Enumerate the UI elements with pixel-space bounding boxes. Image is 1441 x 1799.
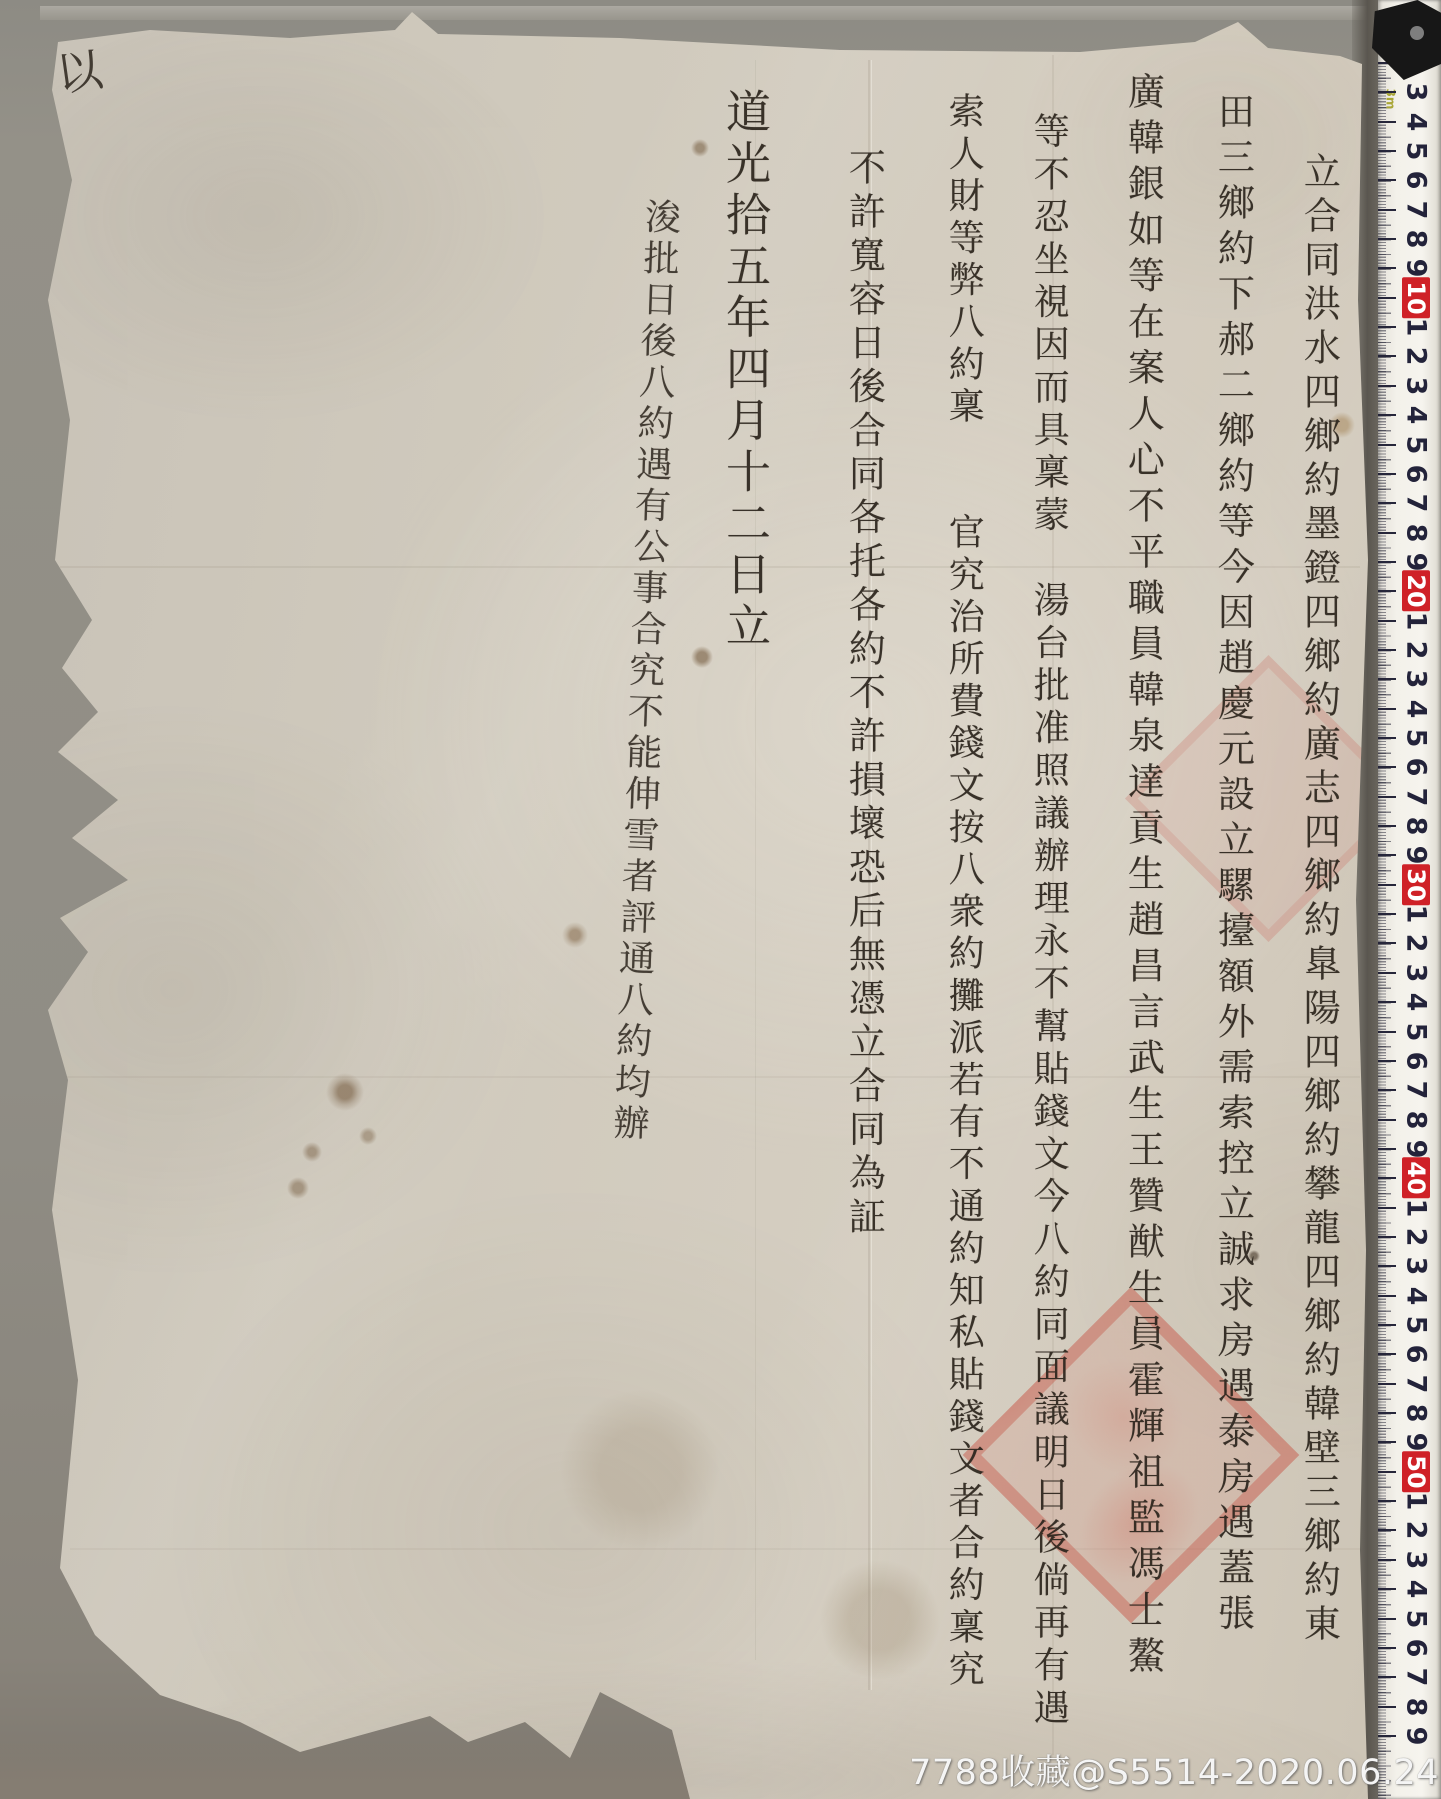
- tape-cm-tick: [1378, 649, 1396, 651]
- tape-number: 8: [1401, 1404, 1432, 1423]
- tape-number: 7: [1401, 787, 1432, 806]
- tape-cm-mark: 1: [1378, 312, 1441, 341]
- tape-cm-mark: 6: [1378, 1340, 1441, 1369]
- tape-cm-tick: [1378, 1383, 1396, 1385]
- tape-number: 2: [1401, 1228, 1432, 1247]
- tape-cm-tick: [1378, 678, 1396, 680]
- tape-cm-mark: 7: [1378, 489, 1441, 518]
- tape-number: 5: [1401, 435, 1432, 454]
- tape-number: 6: [1401, 1051, 1432, 1070]
- watermark: 7788收藏@S5514-2020.06.24: [909, 1745, 1439, 1795]
- tape-number: 2: [1401, 1521, 1432, 1540]
- tape-cm-mark: 8: [1378, 1105, 1441, 1134]
- tape-number: 1: [1401, 611, 1432, 630]
- tape-number: 4: [1401, 1286, 1432, 1305]
- tape-cm-tick: [1378, 1647, 1396, 1649]
- tape-number: 4: [1401, 993, 1432, 1012]
- tape-cm-tick: [1378, 620, 1396, 622]
- tape-cm-tick: [1378, 385, 1396, 387]
- tape-cm-tick: [1378, 854, 1396, 856]
- tape-cm-mark: 50: [1378, 1457, 1441, 1486]
- tape-cm-mark: 7: [1378, 195, 1441, 224]
- corner-mark: 以: [52, 33, 107, 105]
- tape-number: 9: [1401, 1140, 1432, 1159]
- tape-cm-tick: [1378, 121, 1396, 123]
- tape-number: 9: [1401, 259, 1432, 278]
- tape-number: 7: [1401, 1668, 1432, 1687]
- manuscript-column-2: 田三鄉約下郝二鄉約等今因趙慶元設立騾擡額外需索控立誠求房遇泰房遇蓋張: [1210, 92, 1254, 1672]
- tape-cm-tick: [1378, 884, 1396, 886]
- tape-cm-tick: [1378, 1148, 1396, 1150]
- tape-number: 1: [1401, 318, 1432, 337]
- tape-cm-mark: 1: [1378, 606, 1441, 635]
- tape-cm-mark: 3: [1378, 665, 1441, 694]
- manuscript-column-1: 立合同洪水四鄉約墨鐙四鄉約廣志四鄉約臯陽四鄉約攀龍四鄉約韓壁三鄉約東: [1296, 152, 1340, 1692]
- tape-cm-tick: [1378, 1265, 1396, 1267]
- tape-cm-tick: [1378, 766, 1396, 768]
- manuscript-column-6: 不許寬容日後合同各托各約不許損壞恐后無憑立合同為証: [841, 148, 885, 1308]
- tape-number: 5: [1401, 1022, 1432, 1041]
- tape-number: 4: [1401, 112, 1432, 131]
- tape-cm-tick: [1378, 414, 1396, 416]
- tape-number: 9: [1401, 1433, 1432, 1452]
- tape-number: 3: [1401, 1550, 1432, 1569]
- tape-cm-tick: [1378, 796, 1396, 798]
- tape-number: 7: [1401, 1374, 1432, 1393]
- tape-cm-tick: [1378, 590, 1396, 592]
- tape-number: 9: [1401, 1727, 1432, 1746]
- tape-cm-tick: [1378, 1119, 1396, 1121]
- tape-number: 6: [1401, 1638, 1432, 1657]
- tape-cm-tick: [1378, 1060, 1396, 1062]
- tape-cm-tick: [1378, 1735, 1396, 1737]
- tape-cm-tick: [1378, 1324, 1396, 1326]
- tape-number: 7: [1401, 1081, 1432, 1100]
- tape-cm-tick: [1378, 1500, 1396, 1502]
- plastic-sleeve-edge: [40, 6, 1370, 20]
- tape-cm-mark: 4: [1378, 1575, 1441, 1604]
- tape-cm-mark: 3: [1378, 1252, 1441, 1281]
- tape-cm-mark: 6: [1378, 1046, 1441, 1075]
- tape-cm-tick: [1378, 444, 1396, 446]
- tape-cm-tick: [1378, 972, 1396, 974]
- tape-number: 9: [1401, 846, 1432, 865]
- tape-cm-tick: [1378, 1001, 1396, 1003]
- tape-cm-tick: [1378, 1618, 1396, 1620]
- tape-number: 6: [1401, 758, 1432, 777]
- tape-cm-mark: 8: [1378, 1692, 1441, 1721]
- tape-cm-tick: [1378, 1412, 1396, 1414]
- tape-cm-mark: 5: [1378, 136, 1441, 165]
- tape-number: 5: [1401, 1316, 1432, 1335]
- tape-number: 8: [1401, 523, 1432, 542]
- tape-cm-mark: 8: [1378, 518, 1441, 547]
- tape-number: 4: [1401, 1580, 1432, 1599]
- tape-number: 2: [1401, 641, 1432, 660]
- tape-cm-mark: 6: [1378, 166, 1441, 195]
- tape-cm-tick: [1378, 1559, 1396, 1561]
- tape-number: 3: [1401, 670, 1432, 689]
- tape-cm-tick: [1378, 1441, 1396, 1443]
- tape-cm-mark: 4: [1378, 988, 1441, 1017]
- tape-cm-mark: 2: [1378, 929, 1441, 958]
- tape-number: 8: [1401, 230, 1432, 249]
- manuscript-paper: 立合同洪水四鄉約墨鐙四鄉約廣志四鄉約臯陽四鄉約攀龍四鄉約韓壁三鄉約東 田三鄉約下…: [0, 0, 1441, 1799]
- tape-cm-mark: 2: [1378, 1516, 1441, 1545]
- tape-cm-mark: 1: [1378, 1193, 1441, 1222]
- tape-number: 3: [1401, 83, 1432, 102]
- manuscript-column-date: 道光拾五年四月十二日立: [717, 88, 771, 678]
- tape-cm-tick: [1378, 473, 1396, 475]
- tape-measure: 3m 2345678910123456789201234567893012345…: [1378, 0, 1441, 1799]
- tape-number: 7: [1401, 494, 1432, 513]
- tape-cm-mark: 3: [1378, 371, 1441, 400]
- tape-cm-mark: 10: [1378, 283, 1441, 312]
- tape-cm-mark: 8: [1378, 1398, 1441, 1427]
- tape-number: 2: [1401, 934, 1432, 953]
- tape-cm-tick: [1378, 150, 1396, 152]
- tape-number: 3: [1401, 1257, 1432, 1276]
- tape-cm-mark: 4: [1378, 694, 1441, 723]
- photograph-of-manuscript: 立合同洪水四鄉約墨鐙四鄉約廣志四鄉約臯陽四鄉約攀龍四鄉約韓壁三鄉約東 田三鄉約下…: [0, 0, 1441, 1799]
- tape-cm-tick: [1378, 267, 1396, 269]
- tape-cm-mark: 6: [1378, 459, 1441, 488]
- tape-cm-tick: [1378, 355, 1396, 357]
- tape-cm-tick: [1378, 1177, 1396, 1179]
- tape-number: 6: [1401, 464, 1432, 483]
- tape-cm-tick: [1378, 1588, 1396, 1590]
- tape-cm-tick: [1378, 1676, 1396, 1678]
- tape-cm-mark: 30: [1378, 870, 1441, 899]
- tape-cm-tick: [1378, 209, 1396, 211]
- tape-cm-mark: 4: [1378, 401, 1441, 430]
- tape-cm-mark: 3: [1378, 78, 1441, 107]
- manuscript-column-4: 等不忍坐視因而具稟蒙 湯台批准照議辦理永不幫貼錢文今八約同面議明日後倘再有遇: [1027, 112, 1070, 1712]
- tape-number: 2: [1401, 347, 1432, 366]
- tape-number: 8: [1401, 1110, 1432, 1129]
- tape-number: 8: [1401, 1697, 1432, 1716]
- tape-cm-tick: [1378, 825, 1396, 827]
- tape-cm-mark: 7: [1378, 1663, 1441, 1692]
- tape-number: 1: [1401, 1492, 1432, 1511]
- tape-cm-tick: [1378, 1295, 1396, 1297]
- tape-cm-tick: [1378, 1706, 1396, 1708]
- tape-cm-tick: [1378, 532, 1396, 534]
- tape-cm-tick: [1378, 1207, 1396, 1209]
- tape-cm-tick: [1378, 1089, 1396, 1091]
- tape-cm-tick: [1378, 502, 1396, 504]
- tape-number: 3: [1401, 376, 1432, 395]
- tape-cm-tick: [1378, 326, 1396, 328]
- tape-cm-mark: 7: [1378, 1076, 1441, 1105]
- tape-cm-mark: 8: [1378, 224, 1441, 253]
- tape-cm-tick: [1378, 1529, 1396, 1531]
- tape-cm-mark: 5: [1378, 723, 1441, 752]
- tape-number: 6: [1401, 1345, 1432, 1364]
- tape-cm-tick: [1378, 942, 1396, 944]
- tape-cm-mark: 6: [1378, 753, 1441, 782]
- tape-cm-mark: 3: [1378, 958, 1441, 987]
- tape-cm-mark: 8: [1378, 811, 1441, 840]
- tape-number: 3: [1401, 963, 1432, 982]
- tape-cm-tick: [1378, 1471, 1396, 1473]
- tape-number: 7: [1401, 200, 1432, 219]
- background-bottom-strip: [0, 1742, 760, 1799]
- tape-cm-tick: [1378, 737, 1396, 739]
- tape-cm-tick: [1378, 91, 1396, 93]
- tape-cm-mark: 5: [1378, 430, 1441, 459]
- tape-cm-mark: 5: [1378, 1017, 1441, 1046]
- tape-cm-mark: 1: [1378, 899, 1441, 928]
- tape-cm-mark: 4: [1378, 1281, 1441, 1310]
- manuscript-column-5: 索人財等弊八約稟 官究治所費錢文按八衆約攤派若有不通約知私貼錢文者合約稟究: [942, 92, 985, 1712]
- tape-cm-tick: [1378, 297, 1396, 299]
- tape-number: 5: [1401, 142, 1432, 161]
- tape-cm-mark: 2: [1378, 342, 1441, 371]
- tape-cm-mark: 4: [1378, 107, 1441, 136]
- tape-cm-tick: [1378, 179, 1396, 181]
- tape-cm-mark: 6: [1378, 1633, 1441, 1662]
- tape-cm-mark: 3: [1378, 1545, 1441, 1574]
- tape-cm-tick: [1378, 708, 1396, 710]
- tape-cm-tick: [1378, 1353, 1396, 1355]
- tape-number: 1: [1401, 1198, 1432, 1217]
- tape-number: 6: [1401, 171, 1432, 190]
- tape-cm-tick: [1378, 1031, 1396, 1033]
- tape-cm-mark: 40: [1378, 1164, 1441, 1193]
- tape-number: 4: [1401, 699, 1432, 718]
- tape-number: 4: [1401, 406, 1432, 425]
- manuscript-column-3: 廣韓銀如等在案人心不平職員韓泉達貢生趙昌言武生王贊猷生員霍輝祖監馮士鰲: [1120, 72, 1164, 1672]
- tape-number: 8: [1401, 817, 1432, 836]
- tape-cm-mark: 1: [1378, 1486, 1441, 1515]
- tape-cm-mark: 7: [1378, 782, 1441, 811]
- tape-cm-tick: [1378, 561, 1396, 563]
- tape-cm-mark: 2: [1378, 635, 1441, 664]
- tape-number: 9: [1401, 553, 1432, 572]
- tape-cm-mark: 5: [1378, 1604, 1441, 1633]
- tape-cm-mark: 5: [1378, 1310, 1441, 1339]
- tape-cm-tick: [1378, 238, 1396, 240]
- tape-number: 5: [1401, 729, 1432, 748]
- tape-cm-mark: 2: [1378, 1222, 1441, 1251]
- tape-number: 1: [1401, 905, 1432, 924]
- tape-number: 5: [1401, 1609, 1432, 1628]
- tape-cm-mark: 20: [1378, 577, 1441, 606]
- tape-cm-mark: 7: [1378, 1369, 1441, 1398]
- tape-cm-tick: [1378, 913, 1396, 915]
- tape-cm-tick: [1378, 1236, 1396, 1238]
